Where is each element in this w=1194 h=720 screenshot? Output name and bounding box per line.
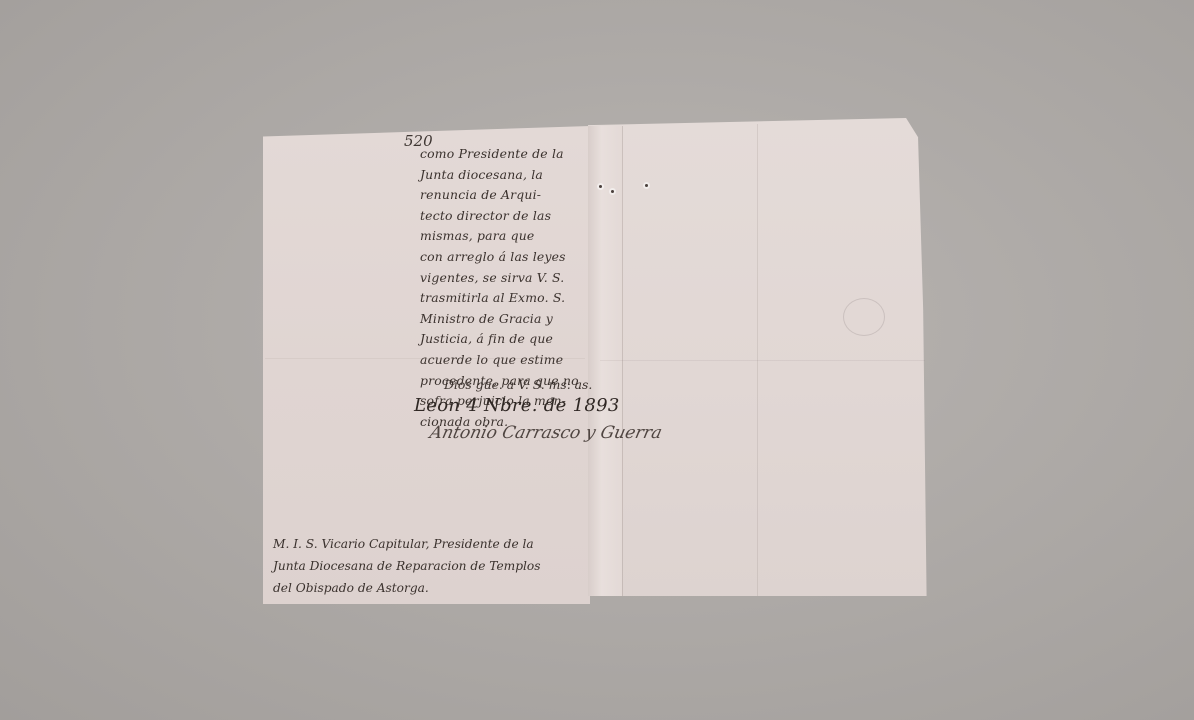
body-line: Junta diocesana, la — [420, 165, 600, 186]
document-photo: 520 como Presidente de la Junta diocesan… — [0, 0, 1194, 720]
place-date: Leon 4 Nbre. de 1893 — [414, 395, 620, 416]
body-line: trasmitirla al Exmo. S. — [420, 288, 600, 309]
pinhole-icon — [611, 190, 614, 193]
right-page — [588, 118, 930, 596]
address-line: M. I. S. Vicario Capitular, Presidente d… — [273, 533, 593, 555]
body-line: tecto director de las — [420, 206, 600, 227]
addressee-block: M. I. S. Vicario Capitular, Presidente d… — [273, 533, 593, 599]
body-line: Ministro de Gracia y — [420, 309, 600, 330]
body-line: renuncia de Arqui- — [420, 185, 600, 206]
body-line: con arreglo á las leyes — [420, 247, 600, 268]
embossed-seal-icon — [843, 298, 885, 336]
vertical-fold-line — [622, 126, 623, 596]
body-line: Justicia, á fin de que — [420, 329, 600, 350]
closing-formula: Dios gue. á V. S. ms. as. — [444, 377, 592, 392]
body-line: acuerde lo que estime — [420, 350, 600, 371]
signature: Antonio Carrasco y Guerra — [428, 423, 664, 443]
body-line: como Presidente de la — [420, 144, 600, 165]
address-line: del Obispado de Astorga. — [273, 577, 593, 599]
address-line: Junta Diocesana de Reparacion de Templos — [273, 555, 593, 577]
body-line: vigentes, se sirva V. S. — [420, 268, 600, 289]
pinhole-icon — [645, 184, 648, 187]
horizontal-fold-line — [600, 360, 925, 361]
body-line: mismas, para que — [420, 226, 600, 247]
